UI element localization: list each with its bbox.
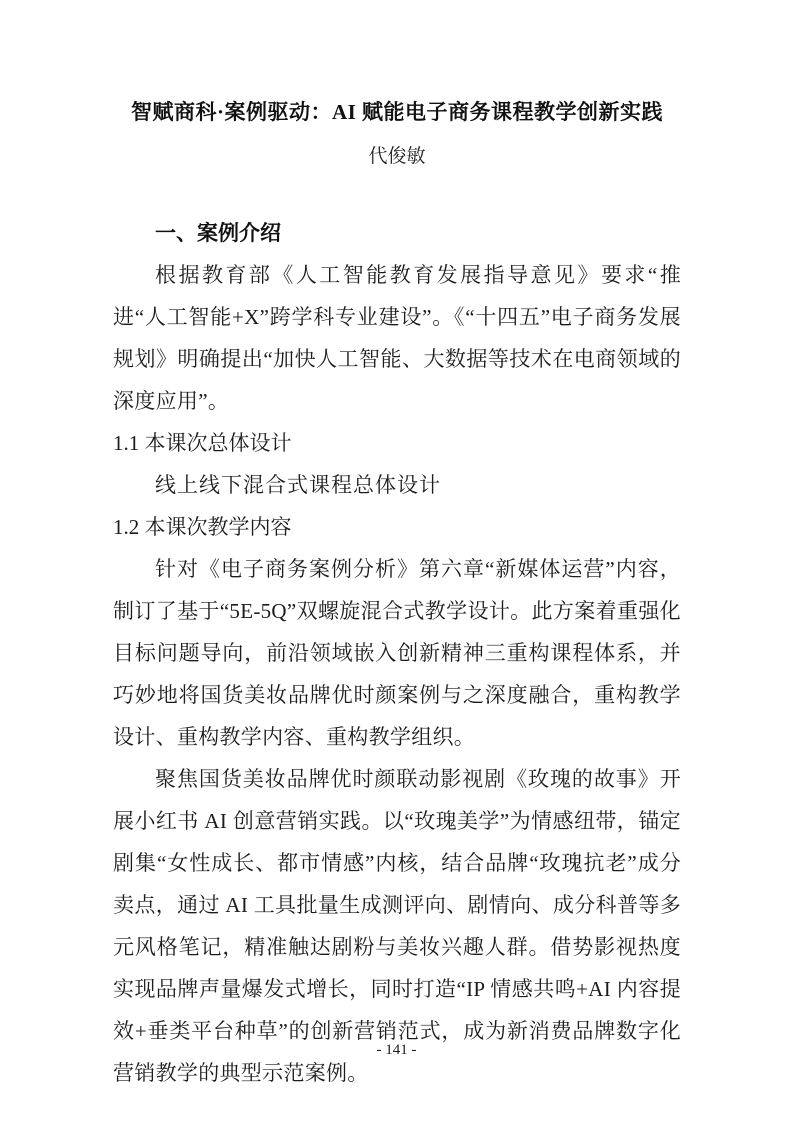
line-blended-course-design: 线上线下混合式课程总体设计 — [113, 464, 681, 506]
document-page: 智赋商科·案例驱动：AI 赋能电子商务课程教学创新实践 代俊敏 一、案例介绍 根… — [0, 0, 793, 1122]
subsection-heading-1-2: 1.2 本课次教学内容 — [113, 506, 681, 548]
paragraph-policy-background: 根据教育部《人工智能教育发展指导意见》要求“推进“人工智能+X”跨学科专业建设”… — [113, 254, 681, 422]
document-content: 智赋商科·案例驱动：AI 赋能电子商务课程教学创新实践 代俊敏 一、案例介绍 根… — [113, 96, 681, 1094]
author-name: 代俊敏 — [113, 142, 681, 172]
document-title: 智赋商科·案例驱动：AI 赋能电子商务课程教学创新实践 — [113, 96, 681, 128]
document-body: 一、案例介绍 根据教育部《人工智能教育发展指导意见》要求“推进“人工智能+X”跨… — [113, 212, 681, 1094]
page-number: - 141 - — [0, 1040, 793, 1060]
section-heading-case-intro: 一、案例介绍 — [113, 212, 681, 254]
subsection-heading-1-1: 1.1 本课次总体设计 — [113, 422, 681, 464]
paragraph-teaching-design: 针对《电子商务案例分析》第六章“新媒体运营”内容，制订了基于“5E-5Q”双螺旋… — [113, 548, 681, 758]
